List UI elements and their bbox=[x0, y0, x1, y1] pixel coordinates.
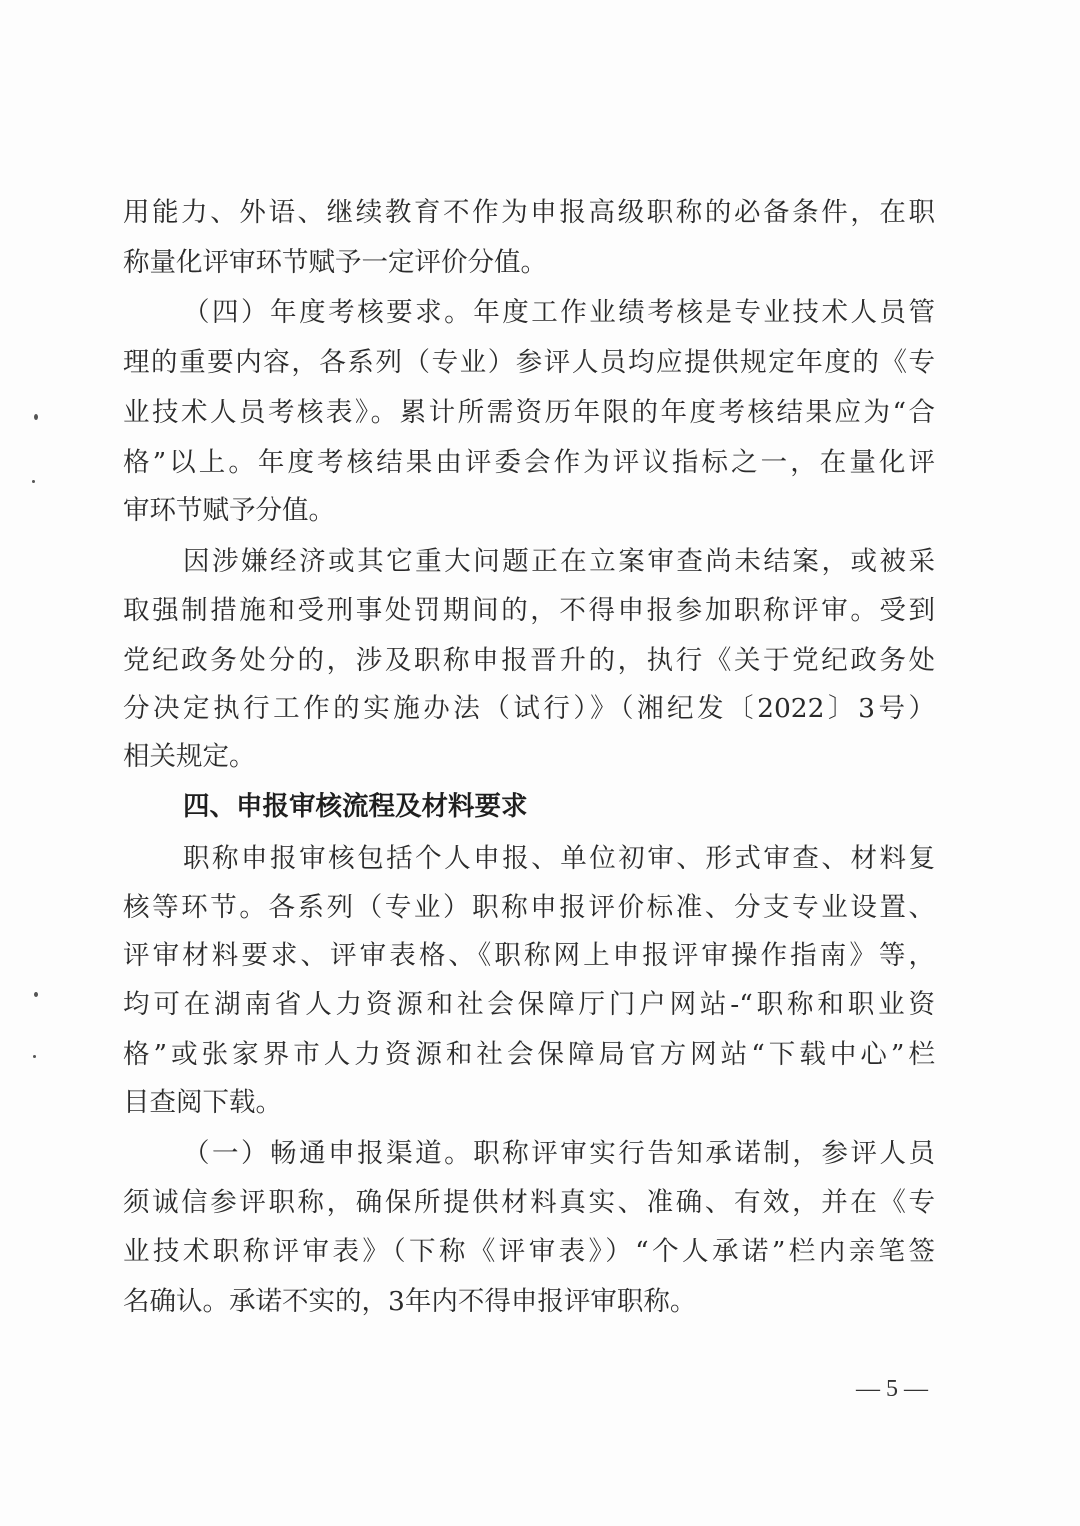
scan-artifact-dot bbox=[34, 414, 38, 420]
paragraph-line: 须诚信参评职称，确保所提供材料真实、准确、有效，并在《专 bbox=[123, 1186, 935, 1220]
paragraph-line: 业技术人员考核表》。累计所需资历年限的年度考核结果应为“合 bbox=[123, 396, 935, 430]
paragraph-line: 业技术职称评审表》（下称《评审表》）“个人承诺”栏内亲笔签 bbox=[123, 1235, 935, 1269]
section-heading: 四、申报审核流程及材料要求 bbox=[183, 790, 935, 824]
paragraph-line: 格”或张家界市人力资源和社会保障局官方网站“下载中心”栏 bbox=[123, 1038, 935, 1072]
paragraph-line: 取强制措施和受刑事处罚期间的，不得申报参加职称评审。受到 bbox=[123, 594, 935, 628]
paragraph-line: 名确认。承诺不实的，3年内不得申报评审职称。 bbox=[123, 1285, 935, 1319]
scan-artifact-dot bbox=[32, 480, 35, 483]
paragraph-line: 评审材料要求、评审表格、《职称网上申报评审操作指南》等， bbox=[123, 939, 935, 973]
paragraph-line: 理的重要内容，各系列（专业）参评人员均应提供规定年度的《专 bbox=[123, 346, 935, 380]
paragraph-line: 因涉嫌经济或其它重大问题正在立案审查尚未结案，或被采 bbox=[183, 545, 935, 579]
paragraph-line: 核等环节。各系列（专业）职称申报评价标准、分支专业设置、 bbox=[123, 891, 935, 925]
paragraph-line: 用能力、外语、继续教育不作为申报高级职称的必备条件，在职 bbox=[123, 196, 935, 230]
subsection-heading-line: （四）年度考核要求。年度工作业绩考核是专业技术人员管 bbox=[183, 296, 935, 330]
paragraph-line: 分决定执行工作的实施办法（试行）》（湘纪发〔2022〕3号） bbox=[123, 692, 935, 726]
paragraph-line: 称量化评审环节赋予一定评价分值。 bbox=[123, 246, 935, 280]
paragraph-line: 党纪政务处分的，涉及职称申报晋升的，执行《关于党纪政务处 bbox=[123, 644, 935, 678]
document-page: 用能力、外语、继续教育不作为申报高级职称的必备条件，在职 称量化评审环节赋予一定… bbox=[0, 0, 1080, 1526]
page-number: — 5 — bbox=[856, 1374, 928, 1404]
paragraph-line: 相关规定。 bbox=[123, 740, 935, 774]
paragraph-line: 职称申报审核包括个人申报、单位初审、形式审查、材料复 bbox=[183, 842, 935, 876]
paragraph-line: 均可在湖南省人力资源和社会保障厅门户网站-“职称和职业资 bbox=[123, 988, 935, 1022]
subsection-heading-line: （一）畅通申报渠道。职称评审实行告知承诺制，参评人员 bbox=[183, 1137, 935, 1171]
scan-artifact-dot bbox=[33, 1055, 36, 1058]
scan-artifact-dot bbox=[34, 992, 38, 997]
paragraph-line: 审环节赋予分值。 bbox=[123, 494, 935, 528]
paragraph-line: 格”以上。年度考核结果由评委会作为评议指标之一，在量化评 bbox=[123, 446, 935, 480]
paragraph-line: 目查阅下载。 bbox=[123, 1086, 935, 1120]
